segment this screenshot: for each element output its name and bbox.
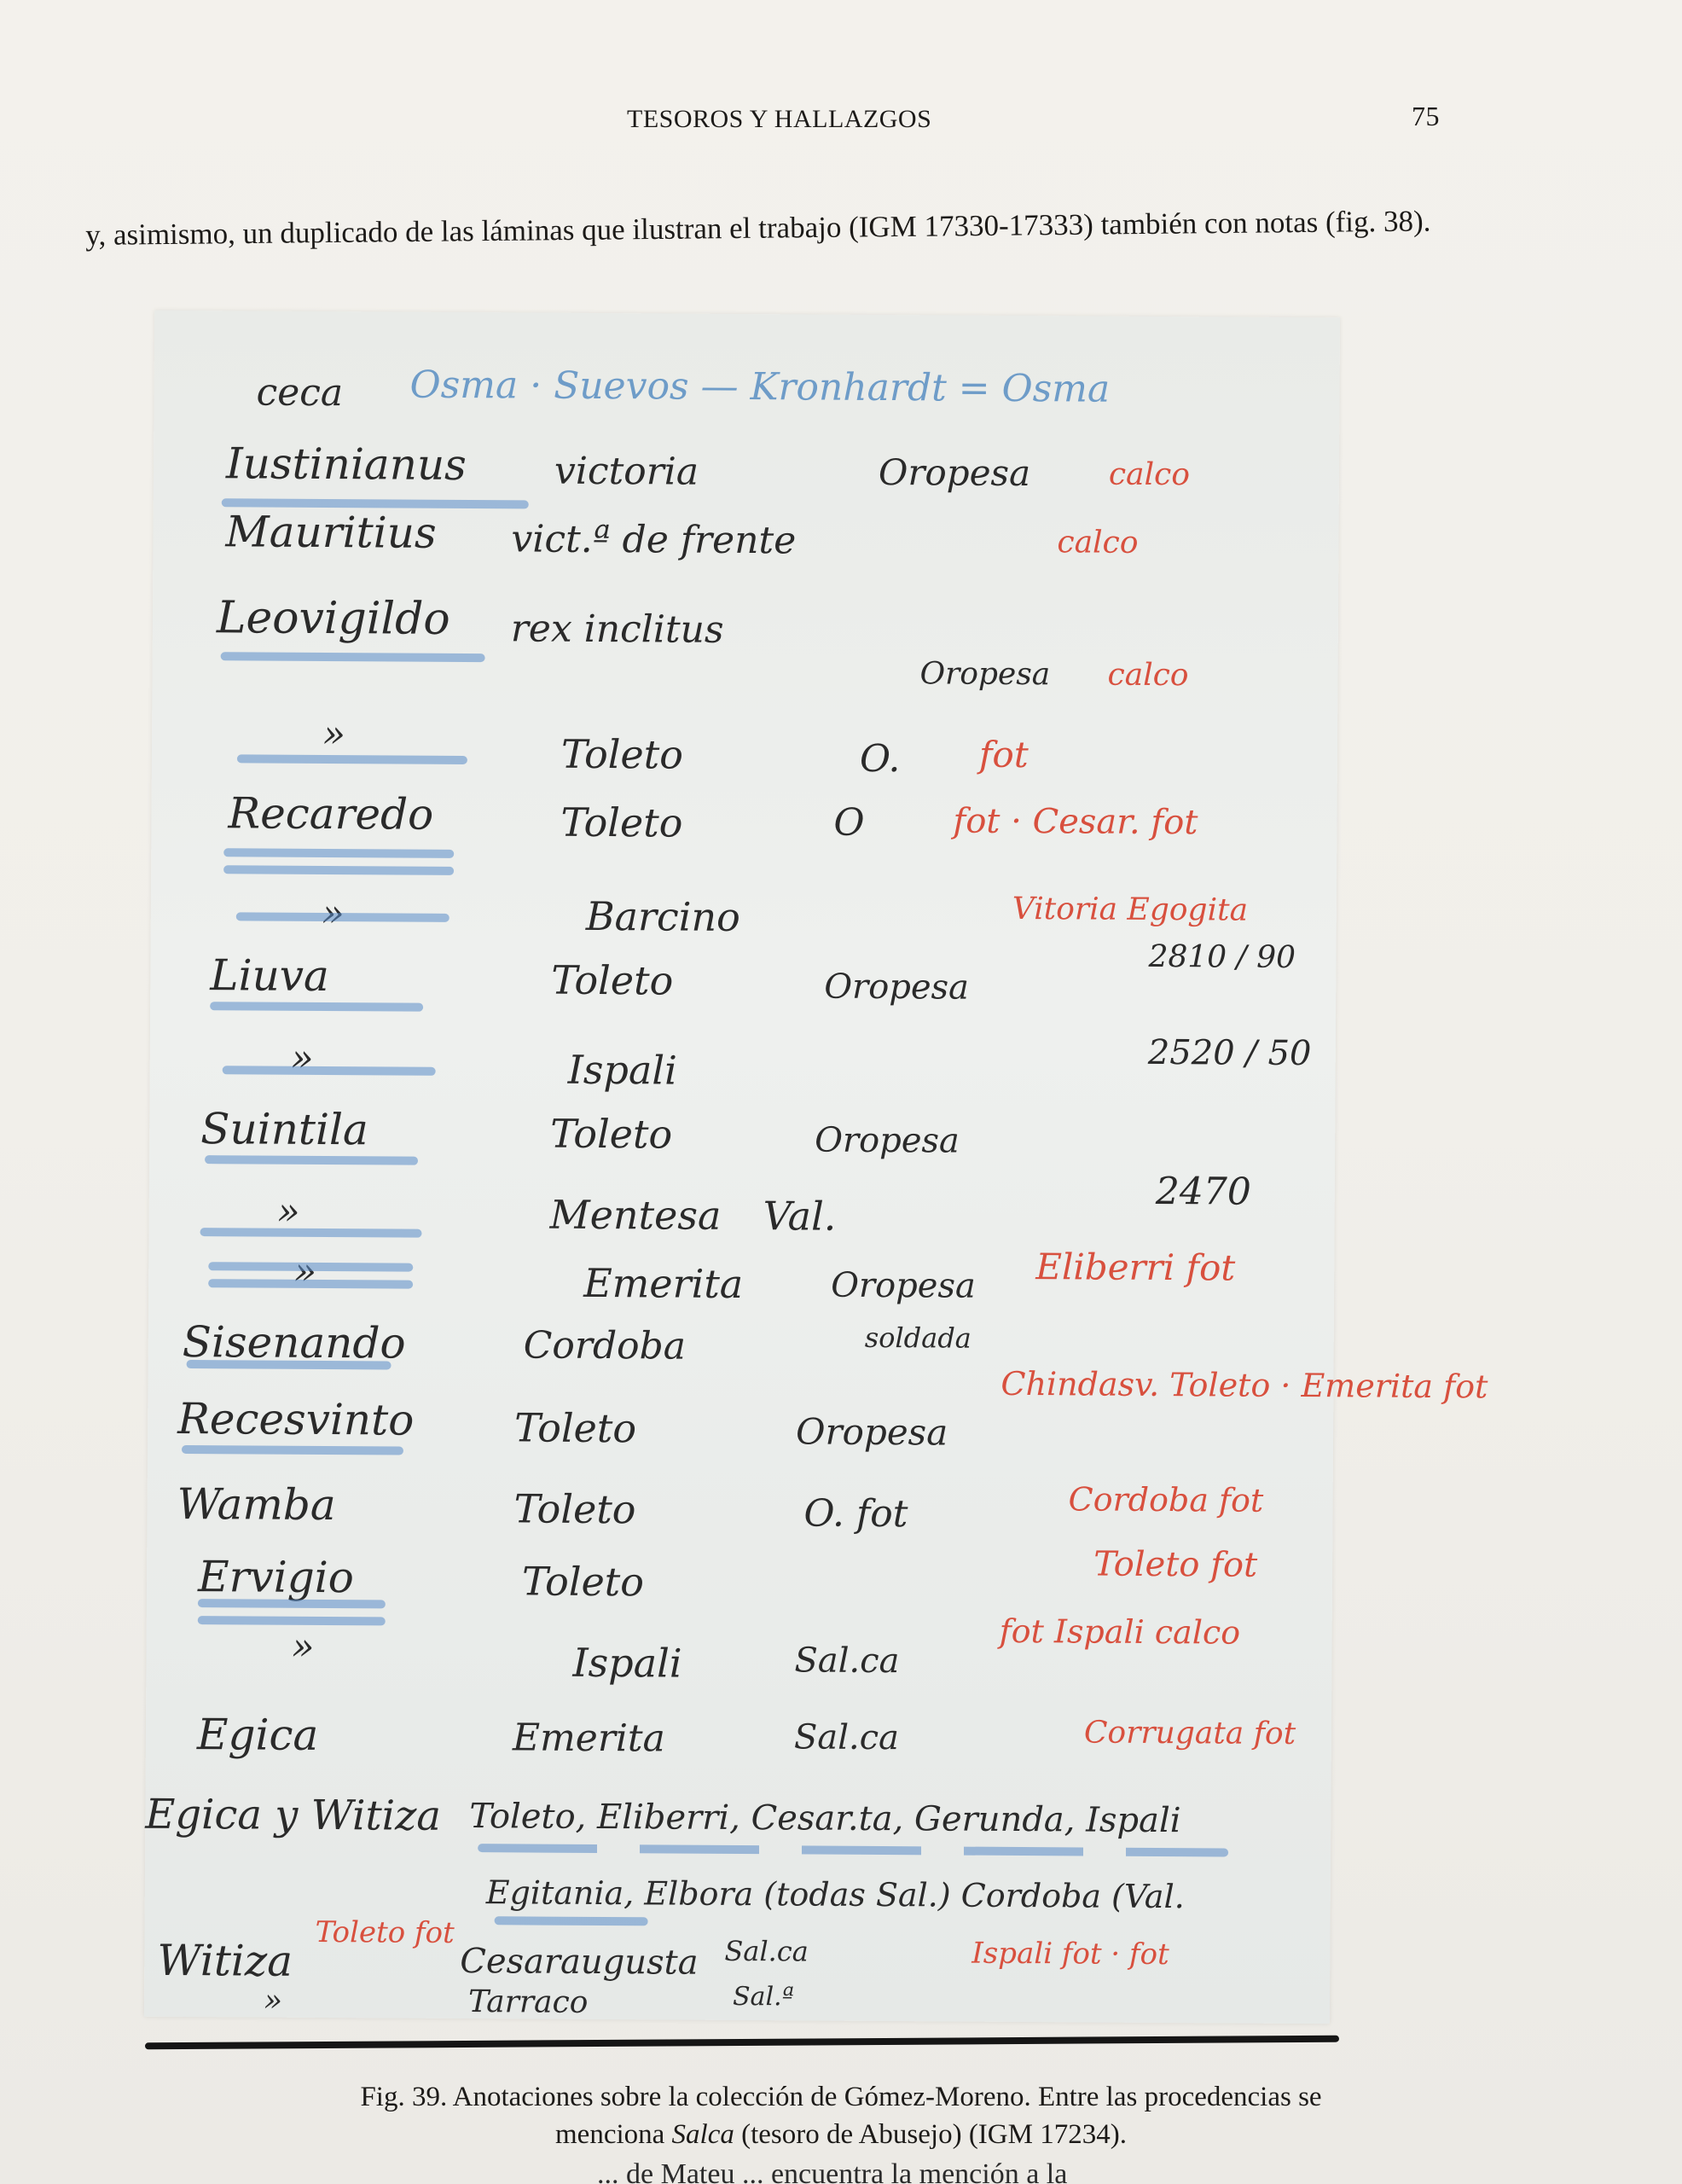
hw-mint: Toleto [560, 799, 682, 846]
hw-king: » [277, 1190, 300, 1234]
hw-mint: vict.ª de frente [511, 517, 796, 562]
hw-note: Sal.ca [794, 1641, 899, 1681]
hw-red: calco [1107, 658, 1188, 694]
hw-red: Vitoria Egogita [1012, 892, 1248, 928]
blue-underline [495, 1916, 648, 1926]
hw-mint: Egitania, Elbora (todas Sal.) Cordoba (V… [486, 1873, 1185, 1915]
hw-king: Recesvinto [177, 1394, 414, 1445]
blue-underline [210, 1002, 423, 1012]
manuscript-figure: ceca Osma · Suevos — Kronhardt = Osma Iu… [144, 311, 1340, 2024]
blue-underline [208, 1279, 413, 1288]
hw-red: Eliberri fot [1035, 1246, 1235, 1288]
caption-emphasis: Salca [672, 2119, 734, 2150]
hw-mint: Cesaraugusta [460, 1942, 698, 1983]
figure-edge [145, 2036, 1339, 2050]
caption-line-1: Fig. 39. Anotaciones sobre la colección … [0, 2078, 1682, 2116]
hw-king: Ervigio [198, 1552, 354, 1602]
blue-underline [236, 912, 449, 922]
hw-note: Sal.ª [733, 1982, 794, 2012]
bottom-text-fragment: ... de Mateu ... encuentra la mención a … [597, 2158, 1067, 2184]
body-paragraph: y, asimismo, un duplicado de las láminas… [85, 201, 1459, 255]
hw-king: Iustinianus [226, 439, 467, 490]
hw-king: » [322, 712, 345, 756]
running-head-title: TESOROS Y HALLAZGOS [627, 105, 931, 134]
hw-red: calco [1109, 457, 1190, 493]
hw-sum: 2810 / 90 [1148, 939, 1296, 975]
hw-mint: Toleto [551, 957, 673, 1004]
hw-red: Cordoba fot [1068, 1480, 1263, 1519]
hw-red: Toleto fot [1093, 1545, 1257, 1585]
hw-king: Witiza [157, 1936, 293, 1986]
hw-note: Sal.ca [724, 1935, 809, 1968]
hw-mint: Emerita [583, 1260, 743, 1307]
hw-note: Oropesa [796, 1410, 948, 1453]
hw-red: Chindasv. Toleto · Emerita fot [1000, 1365, 1488, 1405]
blue-underline [200, 1228, 421, 1238]
hw-king: Recaredo [228, 788, 433, 839]
hw-mint: Toleto [561, 731, 683, 778]
hw-note: O. fot [803, 1491, 908, 1536]
hw-sum: 2520 / 50 [1148, 1033, 1312, 1073]
hw-red: fot · Cesar. fot [953, 802, 1198, 843]
blue-underline [221, 652, 485, 662]
hw-note: O. [860, 737, 901, 781]
blue-underline [187, 1360, 391, 1369]
hw-king: Suintila [200, 1104, 368, 1154]
blue-underline [223, 865, 454, 875]
caption-line-2: menciona Salca (tesoro de Abusejo) (IGM … [0, 2116, 1682, 2153]
hw-note: Oropesa [815, 1121, 960, 1161]
hw-note: O [833, 801, 864, 845]
blue-underline [205, 1155, 418, 1165]
hw-mint: Emerita [513, 1716, 665, 1760]
hw-red: fot [979, 734, 1029, 775]
hw-mint: Toleto [513, 1485, 635, 1532]
hw-note: soldada [865, 1321, 971, 1355]
hw-mint: Tarraco [468, 1984, 589, 2020]
hw-king: Wamba [177, 1479, 335, 1530]
blue-underline [208, 1262, 413, 1271]
hw-note: Oropesa [879, 451, 1030, 494]
hw-header-blue: Osma · Suevos — Kronhardt = Osma [409, 363, 1110, 411]
figure-caption: Fig. 39. Anotaciones sobre la colección … [0, 2078, 1682, 2153]
hw-red: Ispali fot · fot [971, 1937, 1169, 1972]
hw-mint: Toleto [550, 1111, 672, 1158]
blue-underline [182, 1445, 403, 1455]
hw-mint: Toleto [514, 1404, 636, 1451]
hw-mint: Cordoba [524, 1323, 687, 1368]
hw-note: Oropesa [831, 1266, 976, 1306]
hw-ceca: ceca [256, 371, 343, 415]
hw-note: Oropesa [824, 967, 969, 1008]
hw-red: fot Ispali calco [1000, 1612, 1241, 1652]
hw-mint: Barcino [586, 893, 740, 940]
blue-underline [223, 848, 454, 858]
hw-sum: 2470 [1156, 1170, 1251, 1214]
blue-underline [237, 754, 467, 764]
hw-mint: rex inclitus [511, 607, 724, 652]
hw-king: Egica y Witiza [145, 1791, 441, 1840]
hw-king: Leovigildo [217, 592, 450, 645]
hw-note: Sal.ca [794, 1717, 899, 1757]
hw-mint: Ispali [568, 1047, 677, 1094]
blue-underline [198, 1599, 386, 1608]
blue-underline [478, 1844, 1228, 1856]
hw-note: Val. [763, 1193, 836, 1240]
hw-mint: Toleto, Eliberri, Cesar.ta, Gerunda, Isp… [469, 1797, 1180, 1840]
hw-mint: Ispali [572, 1640, 681, 1687]
hw-king: Mauritius [225, 507, 436, 558]
hw-king: » [264, 1984, 282, 2018]
hw-mint: Mentesa [549, 1192, 721, 1239]
hw-mint: Toleto [522, 1558, 644, 1605]
blue-underline [223, 1066, 436, 1076]
hw-mint: victoria [554, 450, 699, 494]
hw-red: Toleto fot [315, 1915, 454, 1950]
hw-note: Oropesa [919, 656, 1050, 692]
hw-king: Egica [197, 1710, 319, 1760]
blue-underline [198, 1616, 386, 1625]
hw-red: Corrugata fot [1084, 1715, 1296, 1751]
hw-red: calco [1057, 525, 1138, 561]
hw-king: Liuva [210, 950, 329, 1001]
hw-king: » [291, 1625, 314, 1669]
page-number: 75 [1412, 101, 1440, 132]
